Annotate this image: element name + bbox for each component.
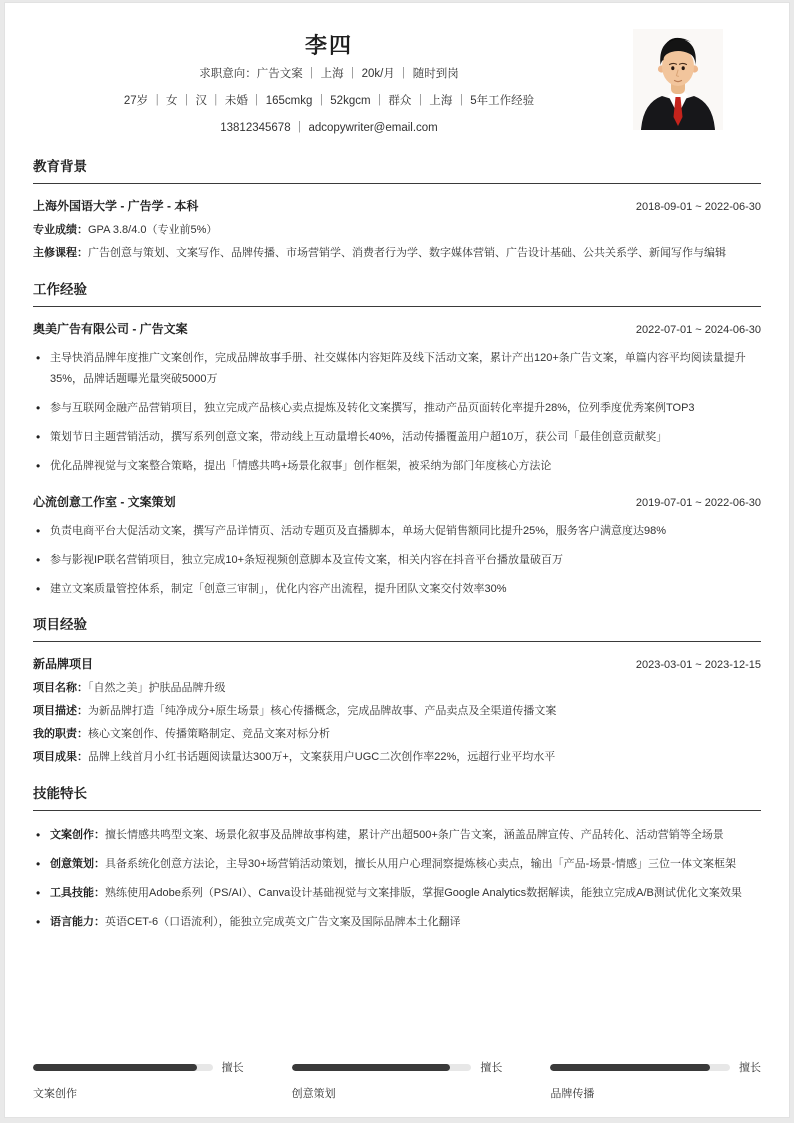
education-courses-line: 主修课程：广告创意与策划、文案写作、品牌传播、市场营销学、消费者行为学、数字媒体…: [33, 242, 761, 265]
resume-page: { "header": { "name": "李四", "intention_l…: [0, 0, 794, 1123]
resume-header: 李四 求职意向：广告文案 ｜ 上海 ｜ 20k/月 ｜ 随时到岗 27岁 ｜ 女…: [33, 27, 761, 142]
project-date-range: 2023-03-01 ~ 2023-12-15: [636, 659, 761, 671]
section-title-project: 项目经验: [33, 615, 761, 642]
skill-bars: 擅长 文案创作 擅长 创意策划 擅长 品牌传播: [33, 1059, 761, 1103]
job1-bullet: 参与互联网金融产品营销项目，独立完成产品核心卖点提炼及转化文案撰写，推动产品页面…: [33, 398, 761, 419]
job1-bullet: 主导快消品牌年度推广文案创作，完成品牌故事手册、社交媒体内容矩阵及线下活动文案，…: [33, 348, 761, 390]
education-entry-head: 上海外国语大学 - 广告学 - 本科 2018-09-01 ~ 2022-06-…: [33, 197, 761, 214]
job2-company-title: 心流创意工作室 - 文案策划: [33, 493, 176, 510]
skill-label: 语言能力：: [50, 916, 105, 928]
job2-bullet-list: 负责电商平台大促活动文案，撰写产品详情页、活动专题页及直播脚本，单场大促销售额同…: [33, 513, 761, 600]
project-name-value: 「自然之美」护肤品品牌升级: [88, 682, 226, 694]
skill-bar-track: [33, 1064, 213, 1071]
job1-bullet: 优化品牌视觉与文案整合策略，提出「情感共鸣+场景化叙事」创作框架，被采纳为部门年…: [33, 456, 761, 477]
skill-value: 熟练使用Adobe系列（PS/AI）、Canva设计基础视觉与文案排版，掌握Go…: [105, 887, 742, 899]
skill-bar-fill: [550, 1064, 710, 1071]
avatar-illustration: [633, 29, 723, 130]
skill-bar-fill: [33, 1064, 197, 1071]
job2-bullet: 建立文案质量管控体系，制定「创意三审制」，优化内容产出流程，提升团队文案交付效率…: [33, 579, 761, 600]
section-title-education: 教育背景: [33, 157, 761, 184]
job2-bullet: 负责电商平台大促活动文案，撰写产品详情页、活动专题页及直播脚本，单场大促销售额同…: [33, 521, 761, 542]
project-desc-line: 项目描述：为新品牌打造「纯净成分+原生场景」核心传播概念，完成品牌故事、产品卖点…: [33, 700, 761, 723]
skill-bar-brand-communication: 擅长 品牌传播: [550, 1059, 761, 1101]
courses-label: 主修课程：: [33, 247, 88, 259]
gpa-value: GPA 3.8/4.0（专业前5%）: [88, 224, 217, 236]
project-desc-label: 项目描述：: [33, 705, 88, 717]
skill-bar-name: 文案创作: [33, 1085, 244, 1101]
skill-label: 创意策划：: [50, 858, 105, 870]
skill-value: 擅长情感共鸣型文案、场景化叙事及品牌故事构建，累计产出超500+条广告文案，涵盖…: [105, 829, 724, 841]
project-role-label: 我的职责：: [33, 728, 88, 740]
profile-photo: [633, 29, 723, 130]
skill-bar-track: [292, 1064, 472, 1071]
school-and-major: 上海外国语大学 - 广告学 - 本科: [33, 197, 198, 214]
skill-bar-copywriting: 擅长 文案创作: [33, 1059, 244, 1101]
skill-bar-name: 品牌传播: [550, 1085, 761, 1101]
job2-entry-head: 心流创意工作室 - 文案策划 2019-07-01 ~ 2022-06-30: [33, 493, 761, 510]
skills-bullet-list: 文案创作：擅长情感共鸣型文案、场景化叙事及品牌故事构建，累计产出超500+条广告…: [33, 817, 761, 933]
project-result-value: 品牌上线首月小红书话题阅读量达300万+，文案获用户UGC二次创作率22%，远超…: [88, 751, 555, 763]
project-title: 新品牌项目: [33, 655, 93, 672]
job1-company-title: 奥美广告有限公司 - 广告文案: [33, 320, 188, 337]
project-result-label: 项目成果：: [33, 751, 88, 763]
job1-bullet: 策划节日主题营销活动，撰写系列创意文案，带动线上互动量增长40%，活动传播覆盖用…: [33, 427, 761, 448]
project-role-value: 核心文案创作、传播策略制定、竞品文案对标分析: [88, 728, 330, 740]
project-name-line: 项目名称：「自然之美」护肤品品牌升级: [33, 677, 761, 700]
job1-bullet-list: 主导快消品牌年度推广文案创作，完成品牌故事手册、社交媒体内容矩阵及线下活动文案，…: [33, 340, 761, 477]
skill-value: 具备系统化创意方法论，主导30+场营销活动策划，擅长从用户心理洞察提炼核心卖点，…: [105, 858, 736, 870]
job1-entry-head: 奥美广告有限公司 - 广告文案 2022-07-01 ~ 2024-06-30: [33, 320, 761, 337]
skill-level-label: 擅长: [739, 1059, 761, 1075]
skill-label: 工具技能：: [50, 887, 105, 899]
skill-value: 英语CET-6（口语流利），能独立完成英文广告文案及国际品牌本土化翻译: [105, 916, 461, 928]
project-desc-value: 为新品牌打造「纯净成分+原生场景」核心传播概念，完成品牌故事、产品卖点及全渠道传…: [88, 705, 556, 717]
project-name-label: 项目名称：: [33, 682, 88, 694]
skill-bullet: 语言能力：英语CET-6（口语流利），能独立完成英文广告文案及国际品牌本土化翻译: [33, 912, 761, 933]
skill-level-label: 擅长: [222, 1059, 244, 1075]
job-intention-line: 求职意向：广告文案 ｜ 上海 ｜ 20k/月 ｜ 随时到岗: [33, 61, 625, 88]
courses-value: 广告创意与策划、文案写作、品牌传播、市场营销学、消费者行为学、数字媒体营销、广告…: [88, 247, 726, 259]
skill-bullet: 文案创作：擅长情感共鸣型文案、场景化叙事及品牌故事构建，累计产出超500+条广告…: [33, 825, 761, 846]
personal-profile-line: 27岁 ｜ 女 ｜ 汉 ｜ 未婚 ｜ 165cmkg ｜ 52kgcm ｜ 群众…: [33, 88, 625, 115]
skill-label: 文案创作：: [50, 829, 105, 841]
skill-bar-name: 创意策划: [292, 1085, 503, 1101]
job1-date-range: 2022-07-01 ~ 2024-06-30: [636, 324, 761, 336]
resume-document: 李四 求职意向：广告文案 ｜ 上海 ｜ 20k/月 ｜ 随时到岗 27岁 ｜ 女…: [4, 2, 790, 1118]
gpa-label: 专业成绩：: [33, 224, 88, 236]
job2-date-range: 2019-07-01 ~ 2022-06-30: [636, 497, 761, 509]
section-title-skills: 技能特长: [33, 784, 761, 811]
education-gpa-line: 专业成绩：GPA 3.8/4.0（专业前5%）: [33, 219, 761, 242]
skill-level-label: 擅长: [480, 1059, 502, 1075]
skill-bar-fill: [292, 1064, 450, 1071]
project-entry-head: 新品牌项目 2023-03-01 ~ 2023-12-15: [33, 655, 761, 672]
job2-bullet: 参与影视IP联名营销项目，独立完成10+条短视频创意脚本及宣传文案，相关内容在抖…: [33, 550, 761, 571]
section-title-work: 工作经验: [33, 280, 761, 307]
skill-bar-track: [550, 1064, 730, 1071]
skill-bullet: 创意策划：具备系统化创意方法论，主导30+场营销活动策划，擅长从用户心理洞察提炼…: [33, 854, 761, 875]
skill-bullet: 工具技能：熟练使用Adobe系列（PS/AI）、Canva设计基础视觉与文案排版…: [33, 883, 761, 904]
project-role-line: 我的职责：核心文案创作、传播策略制定、竞品文案对标分析: [33, 723, 761, 746]
candidate-name: 李四: [33, 31, 625, 61]
header-text-block: 李四 求职意向：广告文案 ｜ 上海 ｜ 20k/月 ｜ 随时到岗 27岁 ｜ 女…: [33, 27, 625, 142]
skill-bar-creative-planning: 擅长 创意策划: [292, 1059, 503, 1101]
contact-line: 13812345678 ｜ adcopywriter@email.com: [33, 115, 625, 142]
education-date-range: 2018-09-01 ~ 2022-06-30: [636, 201, 761, 213]
project-result-line: 项目成果：品牌上线首月小红书话题阅读量达300万+，文案获用户UGC二次创作率2…: [33, 746, 761, 769]
